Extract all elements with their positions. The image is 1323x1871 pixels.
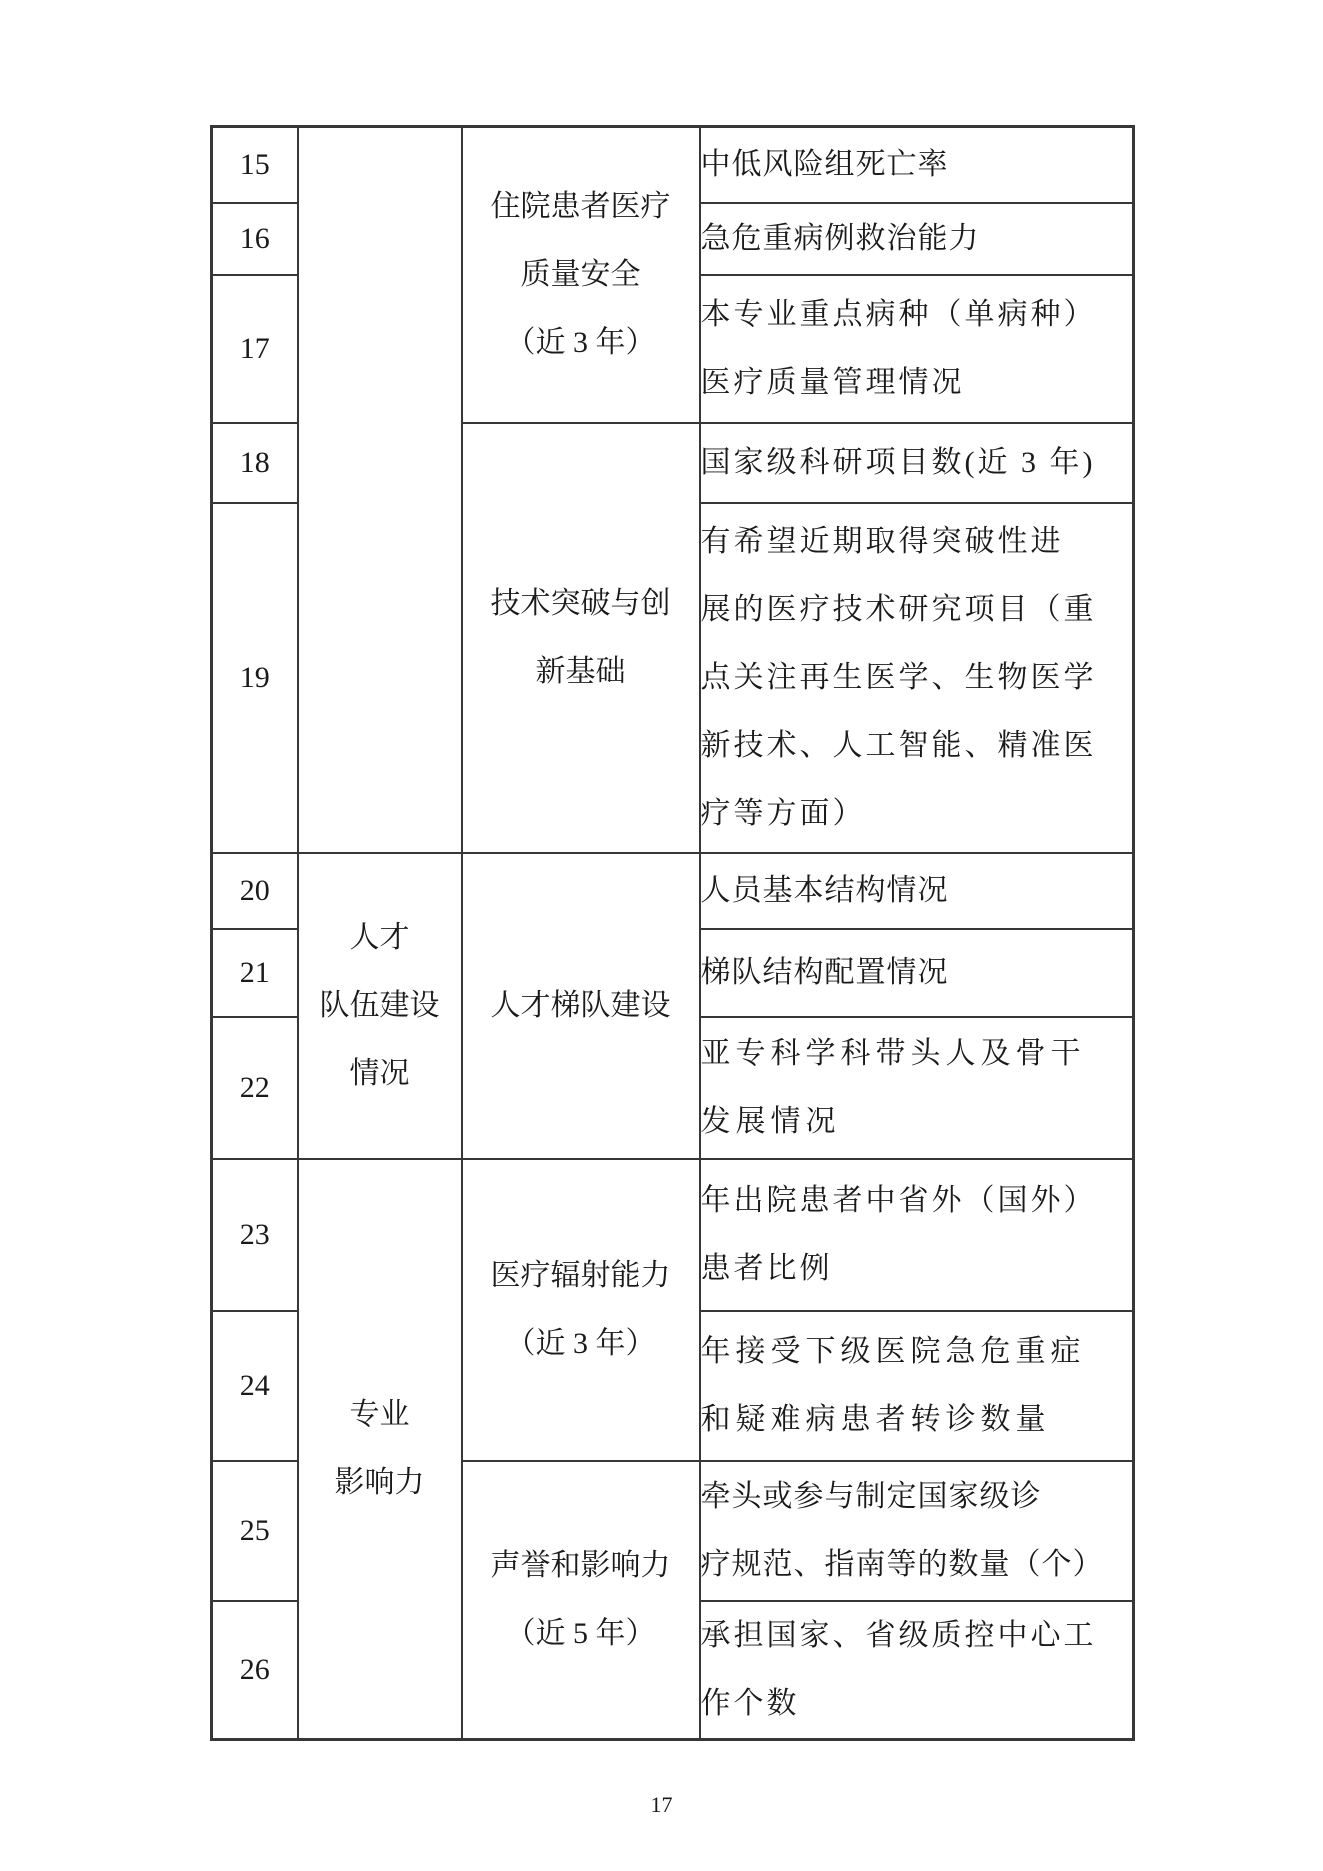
page-number: 17	[0, 1792, 1323, 1818]
table-row: 20 人才 队伍建设 情况 人才梯队建设 人员基本结构情况	[212, 853, 1134, 929]
row-number-cell: 15	[212, 127, 298, 203]
indicator-cell: 梯队结构配置情况	[700, 929, 1134, 1017]
row-number-cell: 24	[212, 1311, 298, 1461]
indicator-cell: 本专业重点病种（单病种） 医疗质量管理情况	[700, 275, 1134, 423]
table-row: 15 住院患者医疗 质量安全 （近 3 年） 中低风险组死亡率	[212, 127, 1134, 203]
indicator-cell: 牵头或参与制定国家级诊 疗规范、指南等的数量（个）	[700, 1461, 1134, 1601]
category-cell-talent-team: 人才 队伍建设 情况	[298, 853, 462, 1159]
indicator-cell: 年接受下级医院急危重症 和疑难病患者转诊数量	[700, 1311, 1134, 1461]
row-number-cell: 25	[212, 1461, 298, 1601]
category-cell-continued	[298, 127, 462, 853]
indicator-cell: 亚专科学科带头人及骨干 发展情况	[700, 1017, 1134, 1159]
indicator-cell: 中低风险组死亡率	[700, 127, 1134, 203]
subcategory-cell-inpatient-quality: 住院患者医疗 质量安全 （近 3 年）	[462, 127, 700, 423]
indicator-cell: 急危重病例救治能力	[700, 203, 1134, 275]
row-number-cell: 19	[212, 503, 298, 853]
subcategory-cell-medical-radiation: 医疗辐射能力 （近 3 年）	[462, 1159, 700, 1461]
row-number-cell: 16	[212, 203, 298, 275]
row-number-cell: 18	[212, 423, 298, 503]
row-number-cell: 23	[212, 1159, 298, 1311]
indicator-cell: 国家级科研项目数(近 3 年)	[700, 423, 1134, 503]
row-number-cell: 22	[212, 1017, 298, 1159]
subcategory-cell-tech-breakthrough: 技术突破与创 新基础	[462, 423, 700, 853]
row-number-cell: 21	[212, 929, 298, 1017]
subcategory-cell-reputation-influence: 声誉和影响力 （近 5 年）	[462, 1461, 700, 1740]
indicator-cell: 年出院患者中省外（国外） 患者比例	[700, 1159, 1134, 1311]
indicator-cell: 人员基本结构情况	[700, 853, 1134, 929]
subcategory-cell-talent-echelon: 人才梯队建设	[462, 853, 700, 1159]
indicator-table: 15 住院患者医疗 质量安全 （近 3 年） 中低风险组死亡率 16 急危重病例…	[210, 125, 1135, 1741]
indicator-cell: 承担国家、省级质控中心工 作个数	[700, 1601, 1134, 1740]
indicator-cell: 有希望近期取得突破性进 展的医疗技术研究项目（重 点关注再生医学、生物医学 新技…	[700, 503, 1134, 853]
document-page: 15 住院患者医疗 质量安全 （近 3 年） 中低风险组死亡率 16 急危重病例…	[0, 0, 1323, 1871]
row-number-cell: 26	[212, 1601, 298, 1740]
category-cell-professional-influence: 专业 影响力	[298, 1159, 462, 1740]
row-number-cell: 20	[212, 853, 298, 929]
row-number-cell: 17	[212, 275, 298, 423]
table-row: 23 专业 影响力 医疗辐射能力 （近 3 年） 年出院患者中省外（国外） 患者…	[212, 1159, 1134, 1311]
